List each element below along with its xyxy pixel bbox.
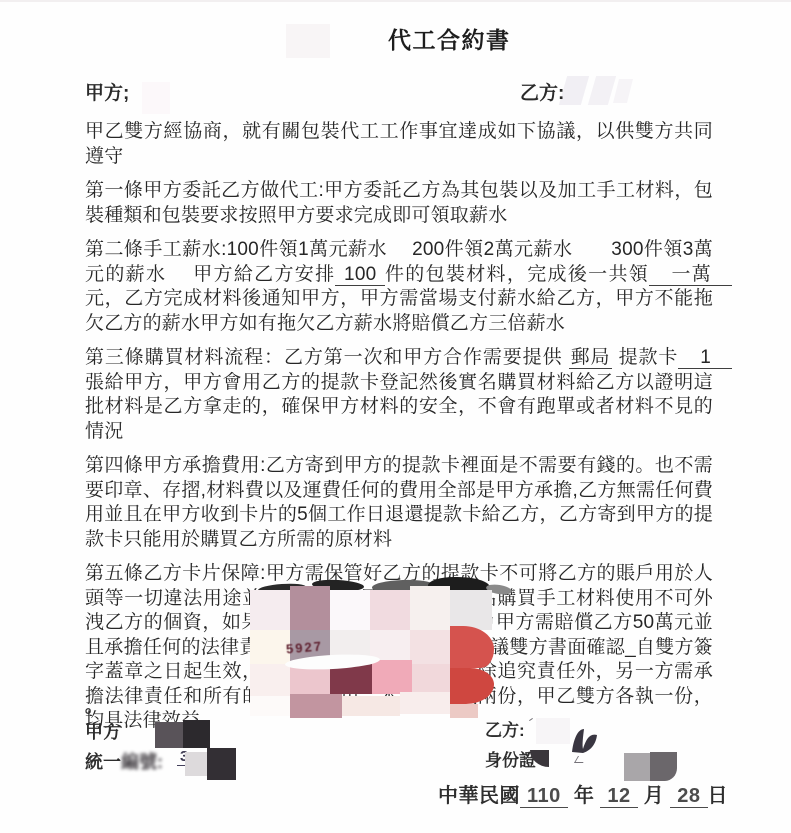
stray-period-mark: 。 [85, 692, 102, 717]
pixel-tile [290, 586, 330, 630]
redaction-block-dark [155, 722, 183, 748]
pixel-tile [250, 590, 290, 630]
contract-paragraph: 第三條購買材料流程：乙方第一次和甲方合作需要提供 郵局 提款卡 1 張給甲方，甲… [85, 346, 713, 444]
pixel-tile [410, 630, 450, 664]
date-month-unit: 月 [644, 785, 665, 807]
stamp-scribble-digits: 5927 [285, 638, 323, 656]
redaction-block-dark [207, 748, 236, 780]
pixel-tile [290, 694, 342, 718]
pixel-tile [250, 664, 290, 696]
party-b-header-label: 乙方: [520, 78, 564, 105]
date-year: 110 [520, 785, 568, 808]
uniform-number-blurred: 編號: [121, 748, 163, 774]
redaction-block-dark [183, 720, 210, 748]
date-day-unit: 日 [708, 785, 729, 807]
roc-date-line: 中華民國110 年 12 月 28日 [438, 779, 728, 808]
redaction-block-light [185, 752, 207, 776]
contract-paragraph: 甲乙雙方經協商，就有關包裝代工工作事宜達成如下協議，以供雙方共同遵守 [85, 120, 713, 169]
contract-paragraph: 第一條甲方委託乙方做代工:甲方委託乙方為其包裝以及加工手工材料，包裝種類和包裝要… [85, 179, 713, 228]
redaction-block-gray [650, 752, 677, 781]
pixel-tile [450, 704, 478, 718]
pixel-tile [410, 586, 450, 630]
pixel-tile [250, 630, 290, 664]
uniform-number-line: 統一編號:3 [85, 748, 191, 774]
date-year-unit: 年 [574, 785, 595, 807]
id-number-label: 身份證 [485, 746, 536, 771]
date-era: 中華民國 [438, 785, 520, 807]
party-b-signature-label: 乙方: [485, 716, 525, 741]
pixel-tile [372, 660, 412, 694]
faint-redaction-block [536, 718, 570, 744]
faint-redaction-block [142, 82, 170, 114]
redaction-block-light [624, 753, 650, 781]
uniform-number-prefix: 統一 [85, 748, 121, 774]
faint-redaction-block [286, 24, 330, 58]
faint-redaction-block [613, 79, 633, 103]
pixel-tile [450, 590, 492, 630]
blurred-signature-shape [570, 727, 600, 754]
party-a-signature-label: 甲方 [85, 718, 121, 744]
contract-document-page: 代工合約書 甲方; 乙方: 甲乙雙方經協商，就有關包裝代工工作事宜達成如下協議，… [0, 0, 791, 833]
contract-paragraph: 第四條甲方承擔費用:乙方寄到甲方的提款卡裡面是不需要有錢的。也不需要印章、存摺,… [85, 454, 713, 552]
date-month: 12 [600, 785, 637, 808]
faint-redaction-block [588, 76, 616, 105]
party-a-header-label: 甲方; [85, 78, 129, 105]
pixel-tile [330, 590, 370, 630]
document-title: 代工合約書 [388, 22, 511, 55]
faint-angle-mark [574, 756, 587, 763]
pixel-tile [400, 692, 450, 714]
contract-paragraph: 第二條手工薪水:100件領1萬元薪水 200件領2萬元薪水 300件領3萬元的薪… [85, 238, 713, 336]
date-day: 28 [670, 785, 707, 808]
pixel-tile [370, 590, 410, 630]
pixel-tile [342, 696, 400, 716]
pixel-tile [250, 696, 290, 716]
